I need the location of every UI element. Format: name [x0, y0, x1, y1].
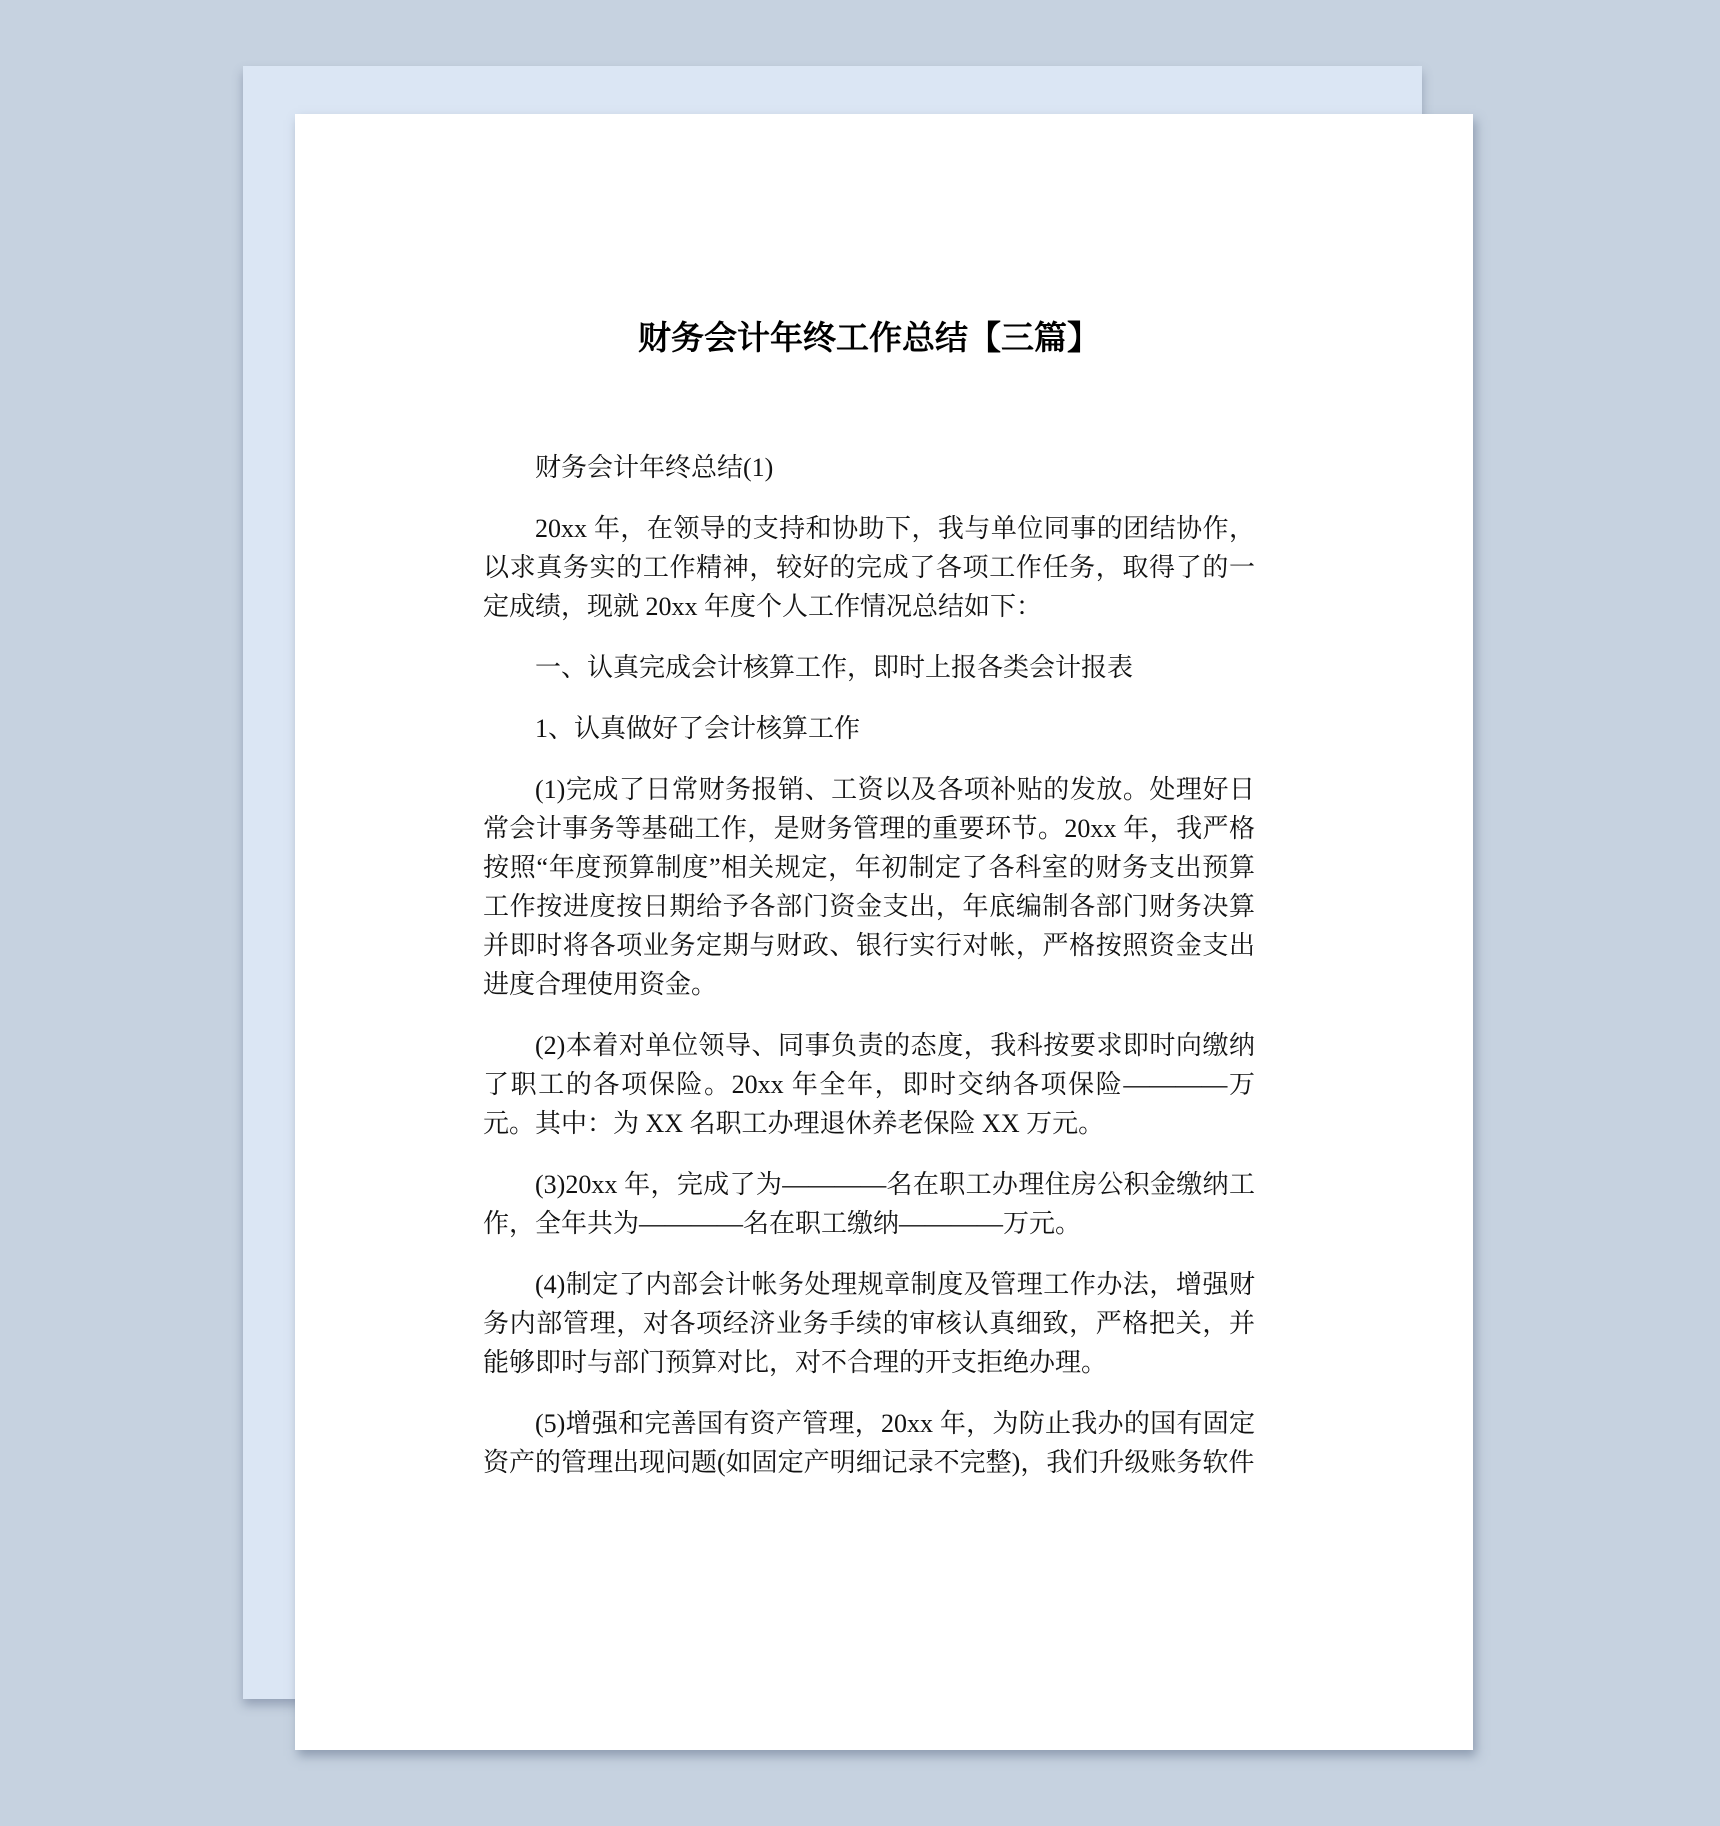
- paragraph: (2)本着对单位领导、同事负责的态度，我科按要求即时向缴纳了职工的各项保险。20…: [483, 1026, 1255, 1143]
- document-page: 财务会计年终工作总结【三篇】 财务会计年终总结(1) 20xx 年，在领导的支持…: [295, 114, 1473, 1750]
- paragraph: (5)增强和完善国有资产管理，20xx 年，为防止我办的国有固定资产的管理出现问…: [483, 1404, 1255, 1482]
- document-title: 财务会计年终工作总结【三篇】: [483, 316, 1255, 360]
- section-heading: 财务会计年终总结(1): [483, 448, 1255, 487]
- paragraph: 20xx 年，在领导的支持和协助下，我与单位同事的团结协作，以求真务实的工作精神…: [483, 509, 1255, 626]
- document-body: 财务会计年终总结(1) 20xx 年，在领导的支持和协助下，我与单位同事的团结协…: [483, 448, 1255, 1482]
- paragraph: 1、认真做好了会计核算工作: [483, 709, 1255, 748]
- paragraph: (1)完成了日常财务报销、工资以及各项补贴的发放。处理好日常会计事务等基础工作，…: [483, 770, 1255, 1004]
- paragraph: (4)制定了内部会计帐务处理规章制度及管理工作办法，增强财务内部管理，对各项经济…: [483, 1265, 1255, 1382]
- paragraph: 一、认真完成会计核算工作，即时上报各类会计报表: [483, 648, 1255, 687]
- paragraph: (3)20xx 年，完成了为————名在职工办理住房公积金缴纳工作，全年共为——…: [483, 1165, 1255, 1243]
